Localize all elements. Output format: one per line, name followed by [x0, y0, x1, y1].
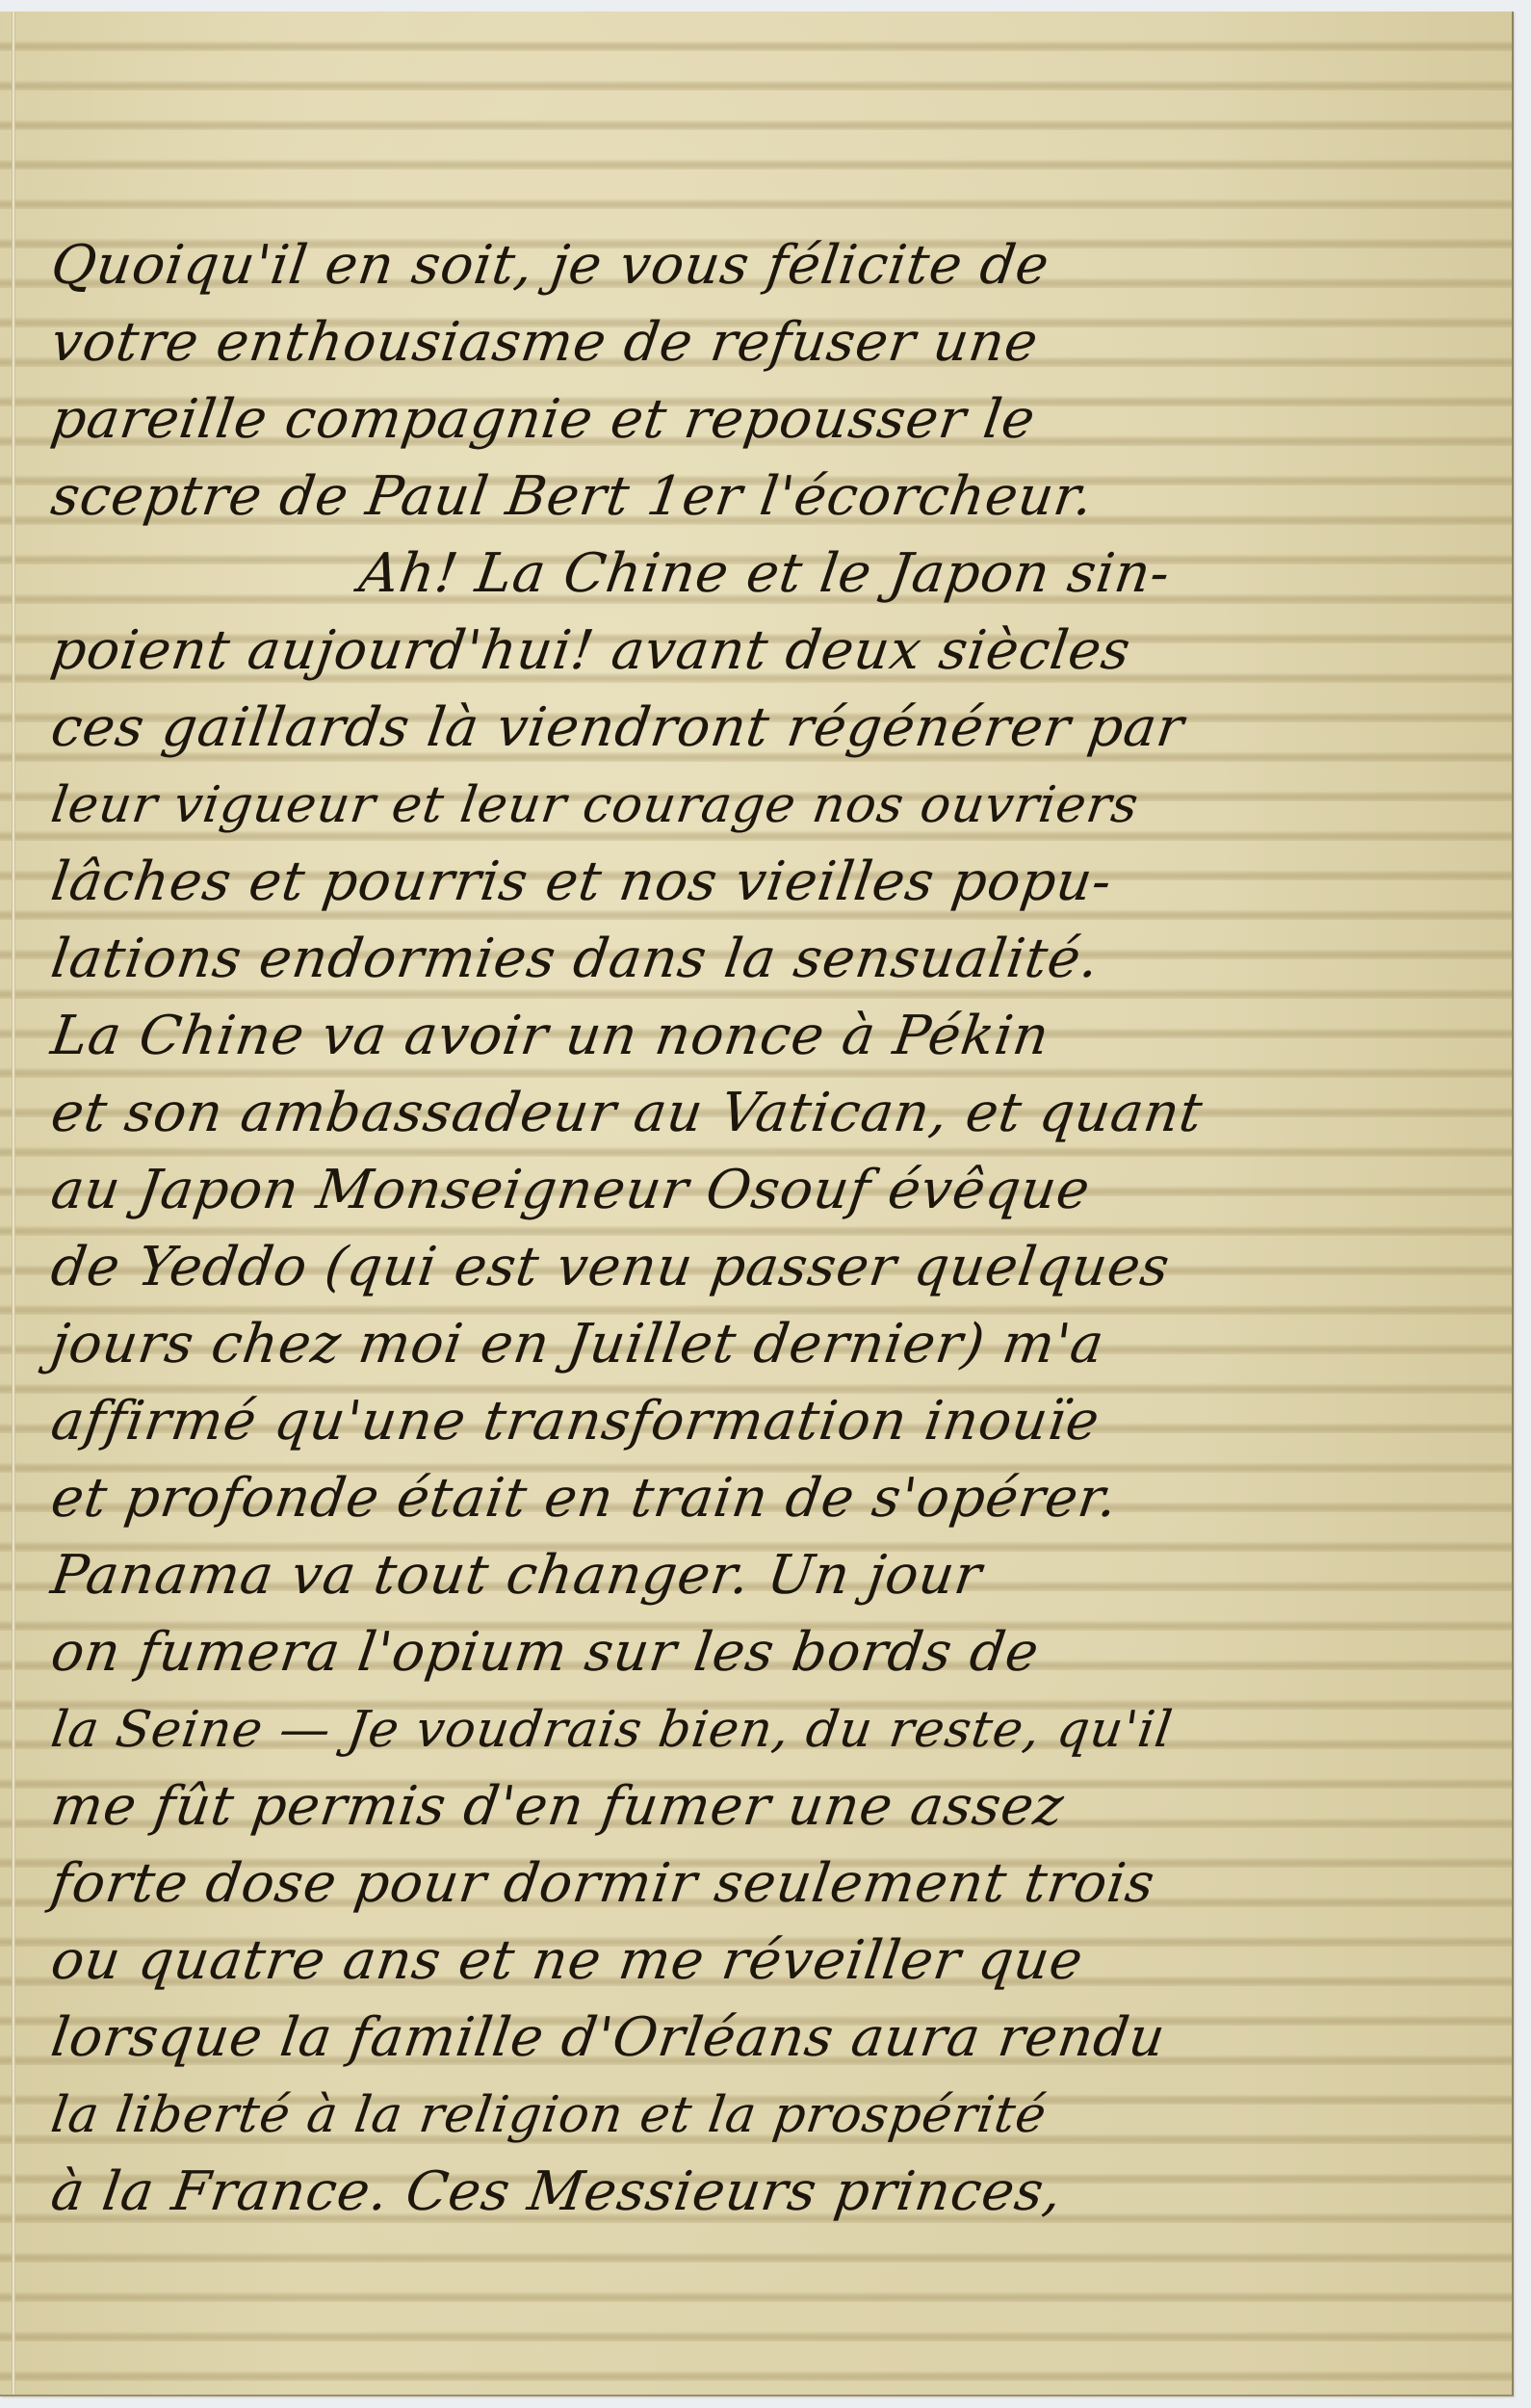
letter-line: pareille compagnie et repousser le: [46, 381, 1501, 458]
letter-line: sceptre de Paul Bert 1er l'écorcheur.: [46, 458, 1501, 536]
letter-line: Quoiqu'il en soit, je vous félicite de: [46, 227, 1501, 304]
letter-line: me fût permis d'en fumer une assez: [46, 1768, 1501, 1845]
letter-line: ou quatre ans et ne me réveiller que: [46, 1923, 1501, 2000]
letter-line: leur vigueur et leur courage nos ouvrier…: [46, 767, 1501, 844]
letter-line: au Japon Monseigneur Osouf évêque: [46, 1152, 1501, 1229]
letter-body: Quoiqu'il en soit, je vous félicite de v…: [46, 227, 1491, 2231]
letter-line: affirmé qu'une transformation inouïe: [46, 1383, 1501, 1460]
letter-line: on fumera l'opium sur les bords de: [46, 1614, 1501, 1691]
letter-line: la Seine — Je voudrais bien, du reste, q…: [46, 1691, 1501, 1768]
letter-line: poient aujourd'hui! avant deux siècles: [46, 613, 1501, 690]
page-fold-line: [12, 12, 15, 2395]
letter-line: votre enthousiasme de refuser une: [46, 304, 1501, 381]
letter-line: à la France. Ces Messieurs princes,: [46, 2154, 1501, 2231]
letter-line: lorsque la famille d'Orléans aura rendu: [46, 2000, 1501, 2077]
letter-line: jours chez moi en Juillet dernier) m'a: [46, 1306, 1501, 1383]
letter-line: et son ambassadeur au Vatican, et quant: [46, 1075, 1501, 1152]
letter-line: de Yeddo (qui est venu passer quelques: [46, 1229, 1501, 1306]
letter-line: La Chine va avoir un nonce à Pékin: [46, 998, 1501, 1075]
letter-line: forte dose pour dormir seulement trois: [46, 1845, 1501, 1923]
letter-line: la liberté à la religion et la prospérit…: [46, 2077, 1501, 2154]
letter-line-paragraph-start: Ah! La Chine et le Japon sin-: [46, 536, 1501, 613]
letter-line: lations endormies dans la sensualité.: [46, 921, 1501, 998]
letter-line: Panama va tout changer. Un jour: [46, 1537, 1501, 1614]
letter-line: ces gaillards là viendront régénérer par: [46, 690, 1501, 767]
letter-line: et profonde était en train de s'opérer.: [46, 1460, 1501, 1537]
letter-line: lâches et pourris et nos vieilles popu-: [46, 844, 1501, 921]
